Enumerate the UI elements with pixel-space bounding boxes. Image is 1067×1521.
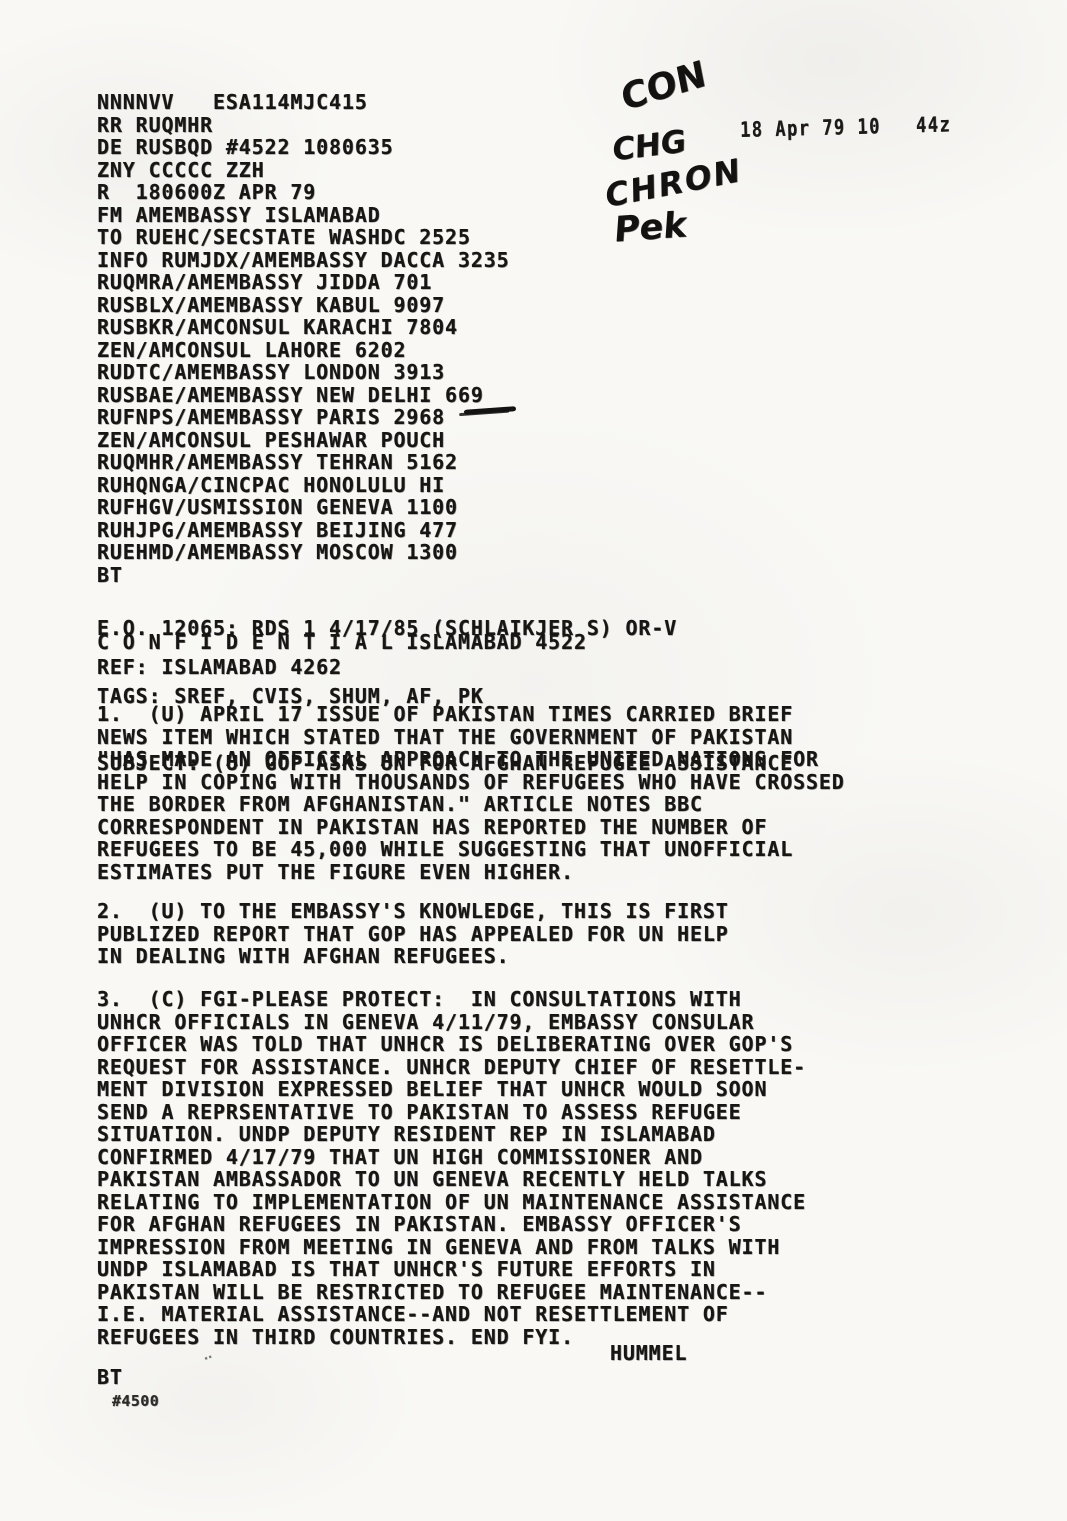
date-stamp: 18 Apr 79 10 44z: [740, 113, 952, 144]
routing-header-lines: NNNNVV ESA114MJC415 RR RUQMHR DE RUSBQD …: [97, 91, 587, 586]
ref-line: REF: ISLAMABAD 4262: [97, 656, 342, 679]
serial-footer: #4500: [112, 1390, 159, 1413]
handwritten-con: CON: [618, 54, 709, 120]
bt-footer: BT: [97, 1366, 123, 1389]
document-page: NNNNVV ESA114MJC415 RR RUQMHR DE RUSBQD …: [0, 0, 1067, 1521]
eo-line: E.O. 12065: RDS 1 4/17/85 (SCHLAIKJER S)…: [97, 617, 793, 640]
paragraph-2: 2. (U) TO THE EMBASSY'S KNOWLEDGE, THIS …: [97, 900, 729, 968]
stray-scan-mark: ‥: [201, 1347, 214, 1364]
signature: HUMMEL: [610, 1342, 687, 1365]
paragraph-1: 1. (U) APRIL 17 ISSUE OF PAKISTAN TIMES …: [97, 703, 845, 883]
handwritten-chg: CHG: [612, 123, 686, 168]
paragraph-3: 3. (C) FGI-PLEASE PROTECT: IN CONSULTATI…: [97, 988, 806, 1348]
handwritten-pek: Pek: [613, 205, 688, 250]
